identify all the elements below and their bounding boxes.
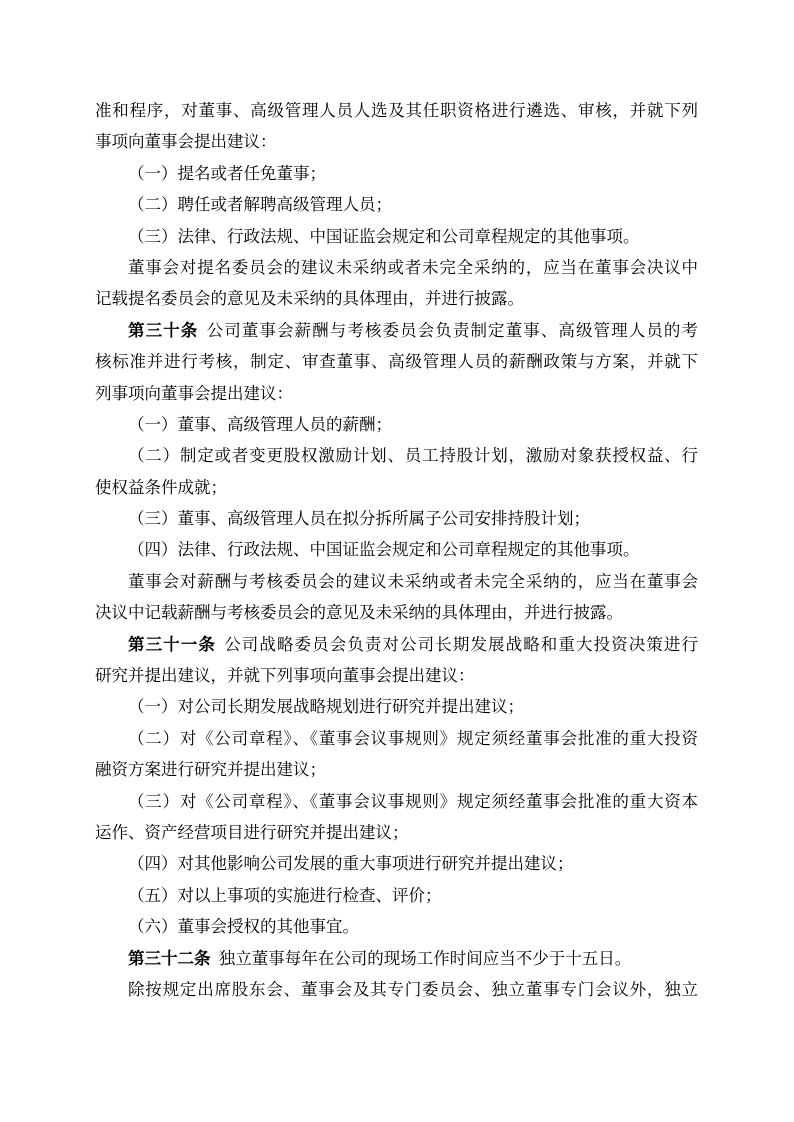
article-heading-line: 第三十二条独立董事每年在公司的现场工作时间应当不少于十五日。: [95, 943, 698, 974]
document-line: 事项向董事会提出建议：: [95, 126, 698, 157]
document-line: （三）董事、高级管理人员在拟分拆所属子公司安排持股计划；: [95, 503, 698, 534]
article-number: 第三十二条: [128, 949, 211, 968]
document-line: 准和程序，对董事、高级管理人员人选及其任职资格进行遴选、审核，并就下列: [95, 95, 698, 126]
document-line: （三）对《公司章程》、《董事会议事规则》规定须经董事会批准的重大资本: [95, 786, 698, 817]
document-line: 除按规定出席股东会、董事会及其专门委员会、独立董事专门会议外，独立: [95, 974, 698, 1005]
document-line: 记载提名委员会的意见及未采纳的具体理由，并进行披露。: [95, 283, 698, 314]
article-number: 第三十一条: [128, 635, 216, 654]
document-line: 决议中记载薪酬与考核委员会的意见及未采纳的具体理由，并进行披露。: [95, 597, 698, 628]
document-line: （四）对其他影响公司发展的重大事项进行研究并提出建议；: [95, 848, 698, 879]
document-line: （三）法律、行政法规、中国证监会规定和公司章程规定的其他事项。: [95, 221, 698, 252]
document-line: （四）法律、行政法规、中国证监会规定和公司章程规定的其他事项。: [95, 534, 698, 565]
document-line: 列事项向董事会提出建议：: [95, 378, 698, 409]
document-line: （二）制定或者变更股权激励计划、员工持股计划，激励对象获授权益、行: [95, 440, 698, 471]
document-line: 董事会对提名委员会的建议未采纳或者未完全采纳的，应当在董事会决议中: [95, 252, 698, 283]
document-line: 核标准并进行考核，制定、审查董事、高级管理人员的薪酬政策与方案，并就下: [95, 346, 698, 377]
document-body: 准和程序，对董事、高级管理人员人选及其任职资格进行遴选、审核，并就下列事项向董事…: [95, 95, 698, 1005]
document-line: （五）对以上事项的实施进行检查、评价；: [95, 880, 698, 911]
document-line: （六）董事会授权的其他事宜。: [95, 911, 698, 942]
document-line: 董事会对薪酬与考核委员会的建议未采纳或者未完全采纳的，应当在董事会: [95, 566, 698, 597]
document-line: 使权益条件成就；: [95, 472, 698, 503]
document-line: （一）提名或者任免董事；: [95, 158, 698, 189]
document-line: （二）对《公司章程》、《董事会议事规则》规定须经董事会批准的重大投资: [95, 723, 698, 754]
document-line: （一）对公司长期发展战略规划进行研究并提出建议；: [95, 691, 698, 722]
article-number: 第三十条: [128, 321, 198, 340]
document-line: （一）董事、高级管理人员的薪酬；: [95, 409, 698, 440]
article-heading-line: 第三十一条公司战略委员会负责对公司长期发展战略和重大投资决策进行: [95, 629, 698, 660]
document-line: 融资方案进行研究并提出建议；: [95, 754, 698, 785]
article-heading-line: 第三十条公司董事会薪酬与考核委员会负责制定董事、高级管理人员的考: [95, 315, 698, 346]
document-line: （二）聘任或者解聘高级管理人员；: [95, 189, 698, 220]
document-line: 运作、资产经营项目进行研究并提出建议；: [95, 817, 698, 848]
document-page: 准和程序，对董事、高级管理人员人选及其任职资格进行遴选、审核，并就下列事项向董事…: [0, 0, 794, 1122]
document-line: 研究并提出建议，并就下列事项向董事会提出建议：: [95, 660, 698, 691]
